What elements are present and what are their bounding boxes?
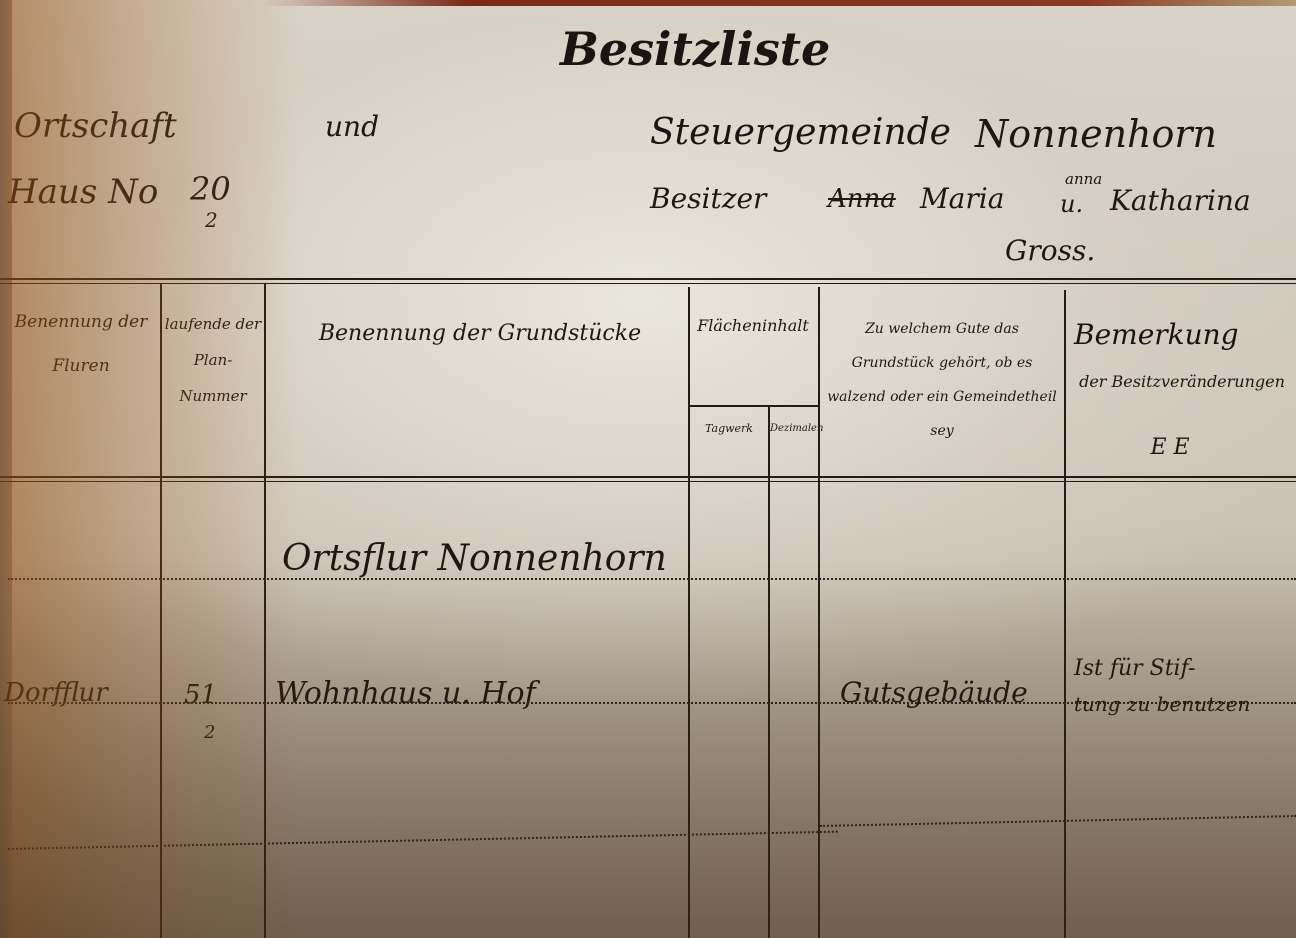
ortschaft-value: und: [325, 110, 379, 143]
besitzer-label: Besitzer: [650, 182, 766, 215]
besitzer-surname: Gross.: [1005, 234, 1095, 267]
cell-bemerkung-2: tung zu benutzen: [1074, 692, 1250, 716]
col-header-bemerkung: Bemerkung: [1074, 318, 1239, 351]
cover-edge: [260, 0, 1296, 6]
lighting-shadow-bottom: [0, 560, 1296, 938]
besitzer-conjunction: u.: [1060, 190, 1083, 218]
col-divider-1: [160, 283, 162, 938]
col-divider-5: [1064, 290, 1066, 938]
haus-no-value: 20: [190, 170, 231, 208]
haus-no-label: Haus No: [8, 172, 158, 212]
cell-plan-nr-sub: 2: [204, 722, 215, 743]
flaeche-sub-rule: [690, 405, 818, 407]
col-header-dezimalen: Dezimalen: [770, 420, 818, 438]
page-title: Besitzliste: [560, 22, 830, 76]
col-header-zugehoerig: Zu welchem Gute das Grundstück gehört, o…: [822, 312, 1062, 448]
dotted-rule-1: [8, 578, 1296, 580]
cell-zugehoerig: Gutsgebäude: [840, 676, 1028, 709]
besitzer-name: Maria: [920, 182, 1004, 215]
header-bottom-rule-2: [0, 481, 1296, 482]
binding-edge: [0, 0, 12, 938]
besitzer-insert: anna: [1065, 170, 1102, 188]
col-divider-2: [264, 283, 266, 938]
steuergemeinde-label: Steuergemeinde: [650, 112, 951, 153]
scanned-page: Besitzliste Ortschaft und Steuergemeinde…: [0, 0, 1296, 938]
besitzer-name-2: Katharina: [1110, 184, 1251, 217]
dotted-rule-2: [8, 702, 1296, 704]
col-divider-4: [818, 287, 820, 938]
col-header-bemerkung-sub: der Besitzveränderungen: [1068, 360, 1296, 404]
col-header-flaeche: Flächeninhalt: [692, 312, 814, 340]
haus-no-sub: 2: [205, 208, 218, 232]
table-top-rule-2: [0, 283, 1296, 284]
col-divider-3: [688, 287, 690, 938]
col-header-flur: Benennung der Fluren: [4, 300, 158, 388]
dotted-rule-4: [820, 815, 1296, 827]
cell-grundstueck: Wohnhaus u. Hof: [275, 676, 536, 711]
besitzer-struck-name: Anna: [828, 184, 896, 214]
col-header-plan-nr: laufende der Plan-Nummer: [164, 306, 262, 414]
cell-plan-nr: 51: [184, 680, 217, 710]
cell-bemerkung-1: Ist für Stif-: [1074, 656, 1195, 681]
table-top-rule: [0, 278, 1296, 280]
col-header-bemerkung-letters: E E: [1100, 430, 1240, 466]
section-heading: Ortsflur Nonnenhorn: [282, 538, 667, 579]
ortschaft-label: Ortschaft: [14, 106, 177, 146]
col-divider-3b: [768, 405, 770, 938]
steuergemeinde-value: Nonnenhorn: [975, 112, 1217, 156]
header-bottom-rule: [0, 476, 1296, 478]
col-header-grundstueck: Benennung der Grundstücke: [300, 310, 660, 358]
dotted-rule-3: [8, 831, 838, 850]
col-header-tagwerk: Tagwerk: [690, 420, 768, 438]
